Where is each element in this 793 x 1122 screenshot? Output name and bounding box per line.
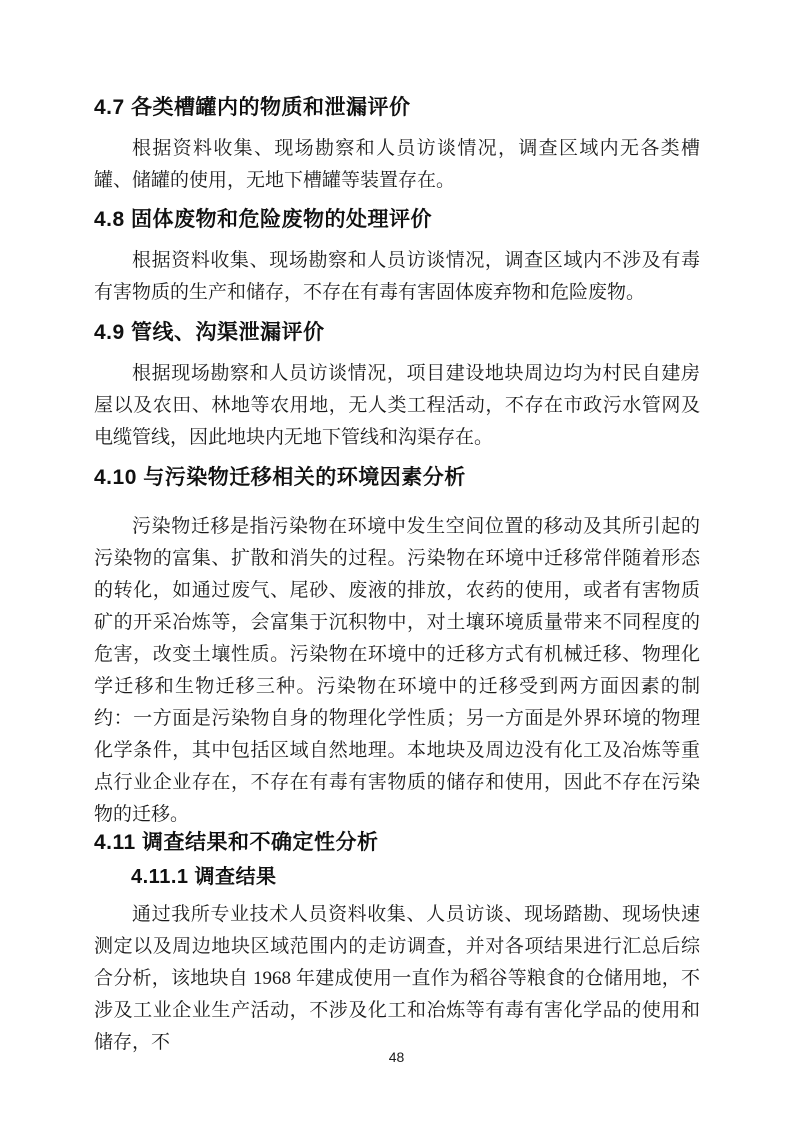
paragraph-4-9: 根据现场勘察和人员访谈情况，项目建设地块周边均为村民自建房屋以及农田、林地等农用… (94, 358, 700, 454)
section-heading-4-11: 4.11 调查结果和不确定性分析 (94, 831, 700, 855)
section-heading-4-9: 4.9 管线、沟渠泄漏评价 (94, 321, 700, 345)
paragraph-4-8: 根据资料收集、现场勘察和人员访谈情况，调查区域内不涉及有毒有害物质的生产和储存，… (94, 245, 700, 309)
section-heading-4-8: 4.8 固体废物和危险废物的处理评价 (94, 208, 700, 232)
page-footer: 48 (0, 1049, 793, 1067)
paragraph-4-11-1: 通过我所专业技术人员资料收集、人员访谈、现场踏勘、现场快速测定以及周边地块区域范… (94, 899, 700, 1059)
subsection-heading-4-11-1: 4.11.1 调查结果 (131, 865, 700, 889)
document-page: 4.7 各类槽罐内的物质和泄漏评价 根据资料收集、现场勘察和人员访谈情况，调查区… (0, 0, 793, 1122)
section-heading-4-7: 4.7 各类槽罐内的物质和泄漏评价 (94, 96, 700, 120)
paragraph-4-10: 污染物迁移是指污染物在环境中发生空间位置的移动及其所引起的污染物的富集、扩散和消… (94, 511, 700, 831)
section-heading-4-10: 4.10 与污染物迁移相关的环境因素分析 (94, 466, 700, 490)
paragraph-4-7: 根据资料收集、现场勘察和人员访谈情况，调查区域内无各类槽罐、储罐的使用，无地下槽… (94, 133, 700, 197)
page-number: 48 (389, 1049, 405, 1065)
